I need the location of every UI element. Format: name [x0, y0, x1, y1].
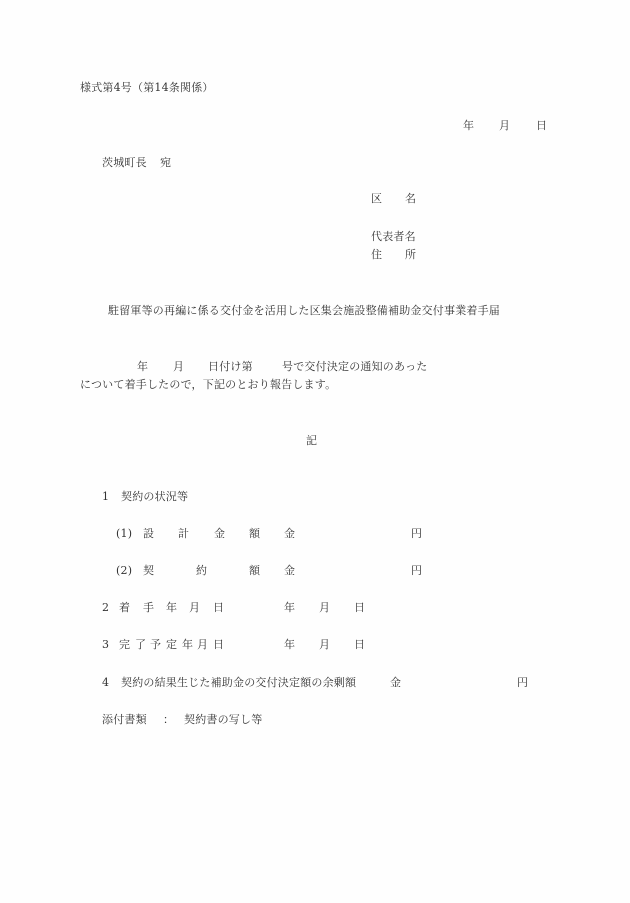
body-day-dated: 日付け第: [208, 360, 253, 374]
item1-sub2-number: (2): [116, 564, 132, 578]
address-label-1: 住: [371, 248, 382, 262]
item2-char: 手: [143, 601, 154, 615]
item1-sub2-prefix: 金: [284, 564, 295, 578]
item2-year: 年: [284, 601, 295, 615]
addressee-name: 茨城町長: [102, 156, 147, 170]
body-month: 月: [173, 360, 184, 374]
date-year: 年: [463, 119, 474, 133]
item2-char: 日: [213, 601, 224, 615]
ki-heading: 記: [306, 434, 317, 448]
form-number: 様式第4号（第14条関係）: [80, 81, 214, 95]
item3-month: 月: [319, 638, 330, 652]
item1-sub2-char: 契: [143, 564, 154, 578]
item2-char: 月: [189, 601, 200, 615]
item2-char: 着: [119, 601, 130, 615]
item3-char: 定: [166, 638, 177, 652]
document-page: 様式第4号（第14条関係） 年 月 日 茨城町長 宛 区 名 代表者名 住 所 …: [0, 0, 630, 903]
body-line1-rest: 号で交付決定の通知のあった: [282, 360, 428, 374]
attachments-separator: ：: [163, 713, 174, 727]
item1-sub1-char: 額: [249, 527, 260, 541]
item1-sub2-char: 額: [249, 564, 260, 578]
item2-number: 2: [102, 601, 109, 615]
item4-number: 4: [102, 676, 109, 690]
item2-month: 月: [319, 601, 330, 615]
item1-sub2-char: 約: [196, 564, 207, 578]
item3-char: 予: [150, 638, 161, 652]
body-line2: について着手したので，下記のとおり報告します。: [80, 378, 336, 392]
addressee-suffix: 宛: [160, 156, 171, 170]
item4-prefix: 金: [390, 676, 401, 690]
item1-sub2-suffix: 円: [411, 564, 422, 578]
attachments-value: 契約書の写し等: [184, 713, 262, 727]
district-label-2: 名: [405, 192, 416, 206]
item1-sub1-suffix: 円: [411, 527, 422, 541]
item1-sub1-char: 設: [143, 527, 154, 541]
body-year: 年: [137, 360, 148, 374]
item1-label: 契約の状況等: [121, 490, 188, 504]
item3-char: 了: [135, 638, 146, 652]
item4-label: 契約の結果生じた補助金の交付決定額の余剰額: [121, 676, 356, 690]
item1-sub1-char: 金: [214, 527, 225, 541]
item1-sub1-char: 計: [178, 527, 189, 541]
item3-char: 月: [197, 638, 208, 652]
attachments-label: 添付書類: [102, 713, 147, 727]
item3-char: 完: [119, 638, 130, 652]
item3-char: 日: [213, 638, 224, 652]
item3-number: 3: [102, 638, 109, 652]
item3-char: 年: [182, 638, 193, 652]
item2-char: 年: [166, 601, 177, 615]
district-label-1: 区: [371, 192, 382, 206]
item1-sub1-prefix: 金: [284, 527, 295, 541]
representative-label: 代表者名: [371, 230, 416, 244]
item4-suffix: 円: [517, 676, 528, 690]
date-day: 日: [536, 119, 547, 133]
address-label-2: 所: [405, 248, 416, 262]
item1-number: 1: [102, 490, 109, 504]
document-title: 駐留軍等の再編に係る交付金を活用した区集会施設整備補助金交付事業着手届: [108, 304, 500, 318]
item1-sub1-number: (1): [116, 527, 132, 541]
item3-year: 年: [284, 638, 295, 652]
item2-day: 日: [354, 601, 365, 615]
date-month: 月: [499, 119, 510, 133]
item3-day: 日: [354, 638, 365, 652]
